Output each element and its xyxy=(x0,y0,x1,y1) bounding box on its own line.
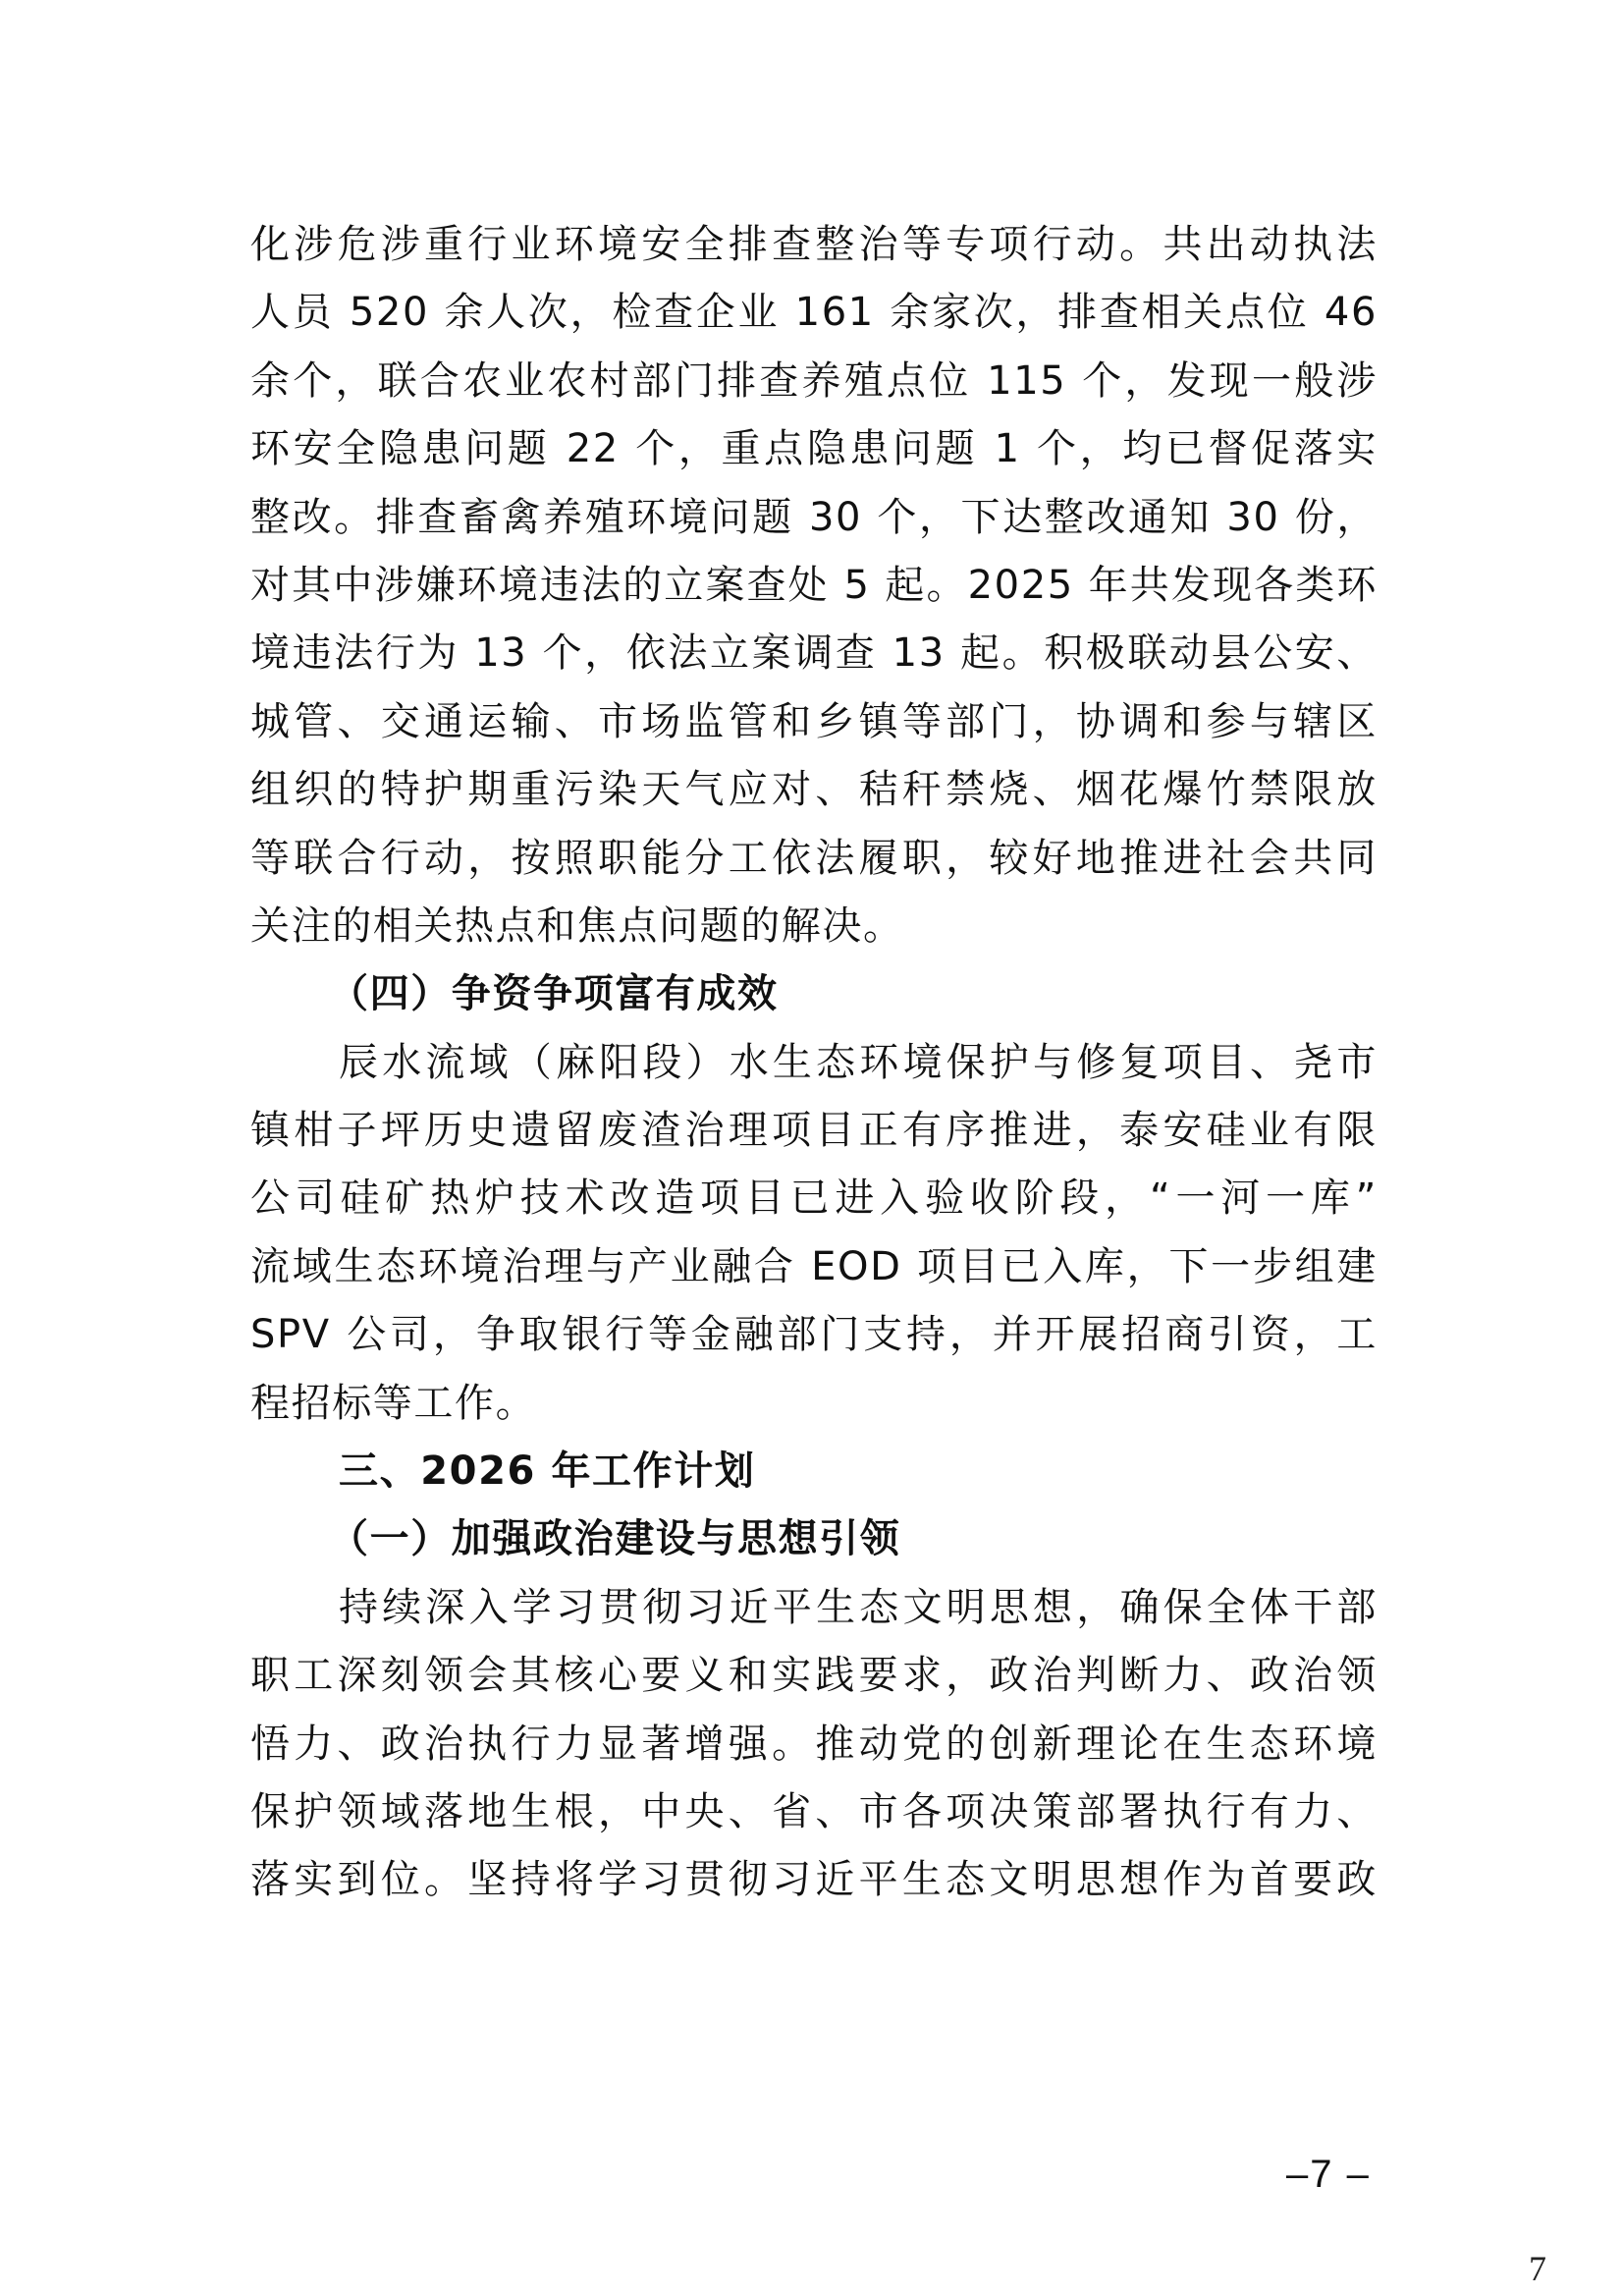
part-heading-three: 三、2026 年工作计划 xyxy=(250,1438,1378,1505)
text-line: 化涉危涉重行业环境安全排查整治等专项行动。共出动执法 xyxy=(250,211,1378,279)
paragraph-enforcement: 化涉危涉重行业环境安全排查整治等专项行动。共出动执法 人员 520 余人次，检查… xyxy=(250,211,1378,960)
text-line: 对其中涉嫌环境违法的立案查处 5 起。2025 年共发现各类环 xyxy=(250,552,1378,620)
section-heading-four: （四）争资争项富有成效 xyxy=(250,960,1378,1028)
text-line: 人员 520 余人次，检查企业 161 余家次，排查相关点位 46 xyxy=(250,279,1378,347)
paragraph-political-building: 持续深入学习贯彻习近平生态文明思想，确保全体干部 职工深刻领会其核心要义和实践要… xyxy=(250,1574,1378,1915)
document-page: 化涉危涉重行业环境安全排查整治等专项行动。共出动执法 人员 520 余人次，检查… xyxy=(0,0,1622,2296)
text-line: 辰水流域（麻阳段）水生态环境保护与修复项目、尧市 xyxy=(250,1029,1378,1097)
text-line: 城管、交通运输、市场监管和乡镇等部门，协调和参与辖区 xyxy=(250,688,1378,756)
text-line: 公司硅矿热炉技术改造项目已进入验收阶段，“一河一库” xyxy=(250,1165,1378,1232)
body-text: 化涉危涉重行业环境安全排查整治等专项行动。共出动执法 人员 520 余人次，检查… xyxy=(250,211,1378,1915)
text-line: 职工深刻领会其核心要义和实践要求，政治判断力、政治领 xyxy=(250,1642,1378,1710)
text-line: 环安全隐患问题 22 个，重点隐患问题 1 个，均已督促落实 xyxy=(250,415,1378,483)
text-line: 境违法行为 13 个，依法立案调查 13 起。积极联动县公安、 xyxy=(250,620,1378,687)
text-line: 保护领域落地生根，中央、省、市各项决策部署执行有力、 xyxy=(250,1778,1378,1846)
text-line: 关注的相关热点和焦点问题的解决。 xyxy=(250,893,1378,960)
paragraph-funding-projects: 辰水流域（麻阳段）水生态环境保护与修复项目、尧市 镇柑子坪历史遗留废渣治理项目正… xyxy=(250,1029,1378,1438)
text-line: 程招标等工作。 xyxy=(250,1370,1378,1438)
text-line: 镇柑子坪历史遗留废渣治理项目正有序推进，泰安硅业有限 xyxy=(250,1097,1378,1165)
text-line: SPV 公司，争取银行等金融部门支持，并开展招商引资，工 xyxy=(250,1301,1378,1369)
text-line: 流域生态环境治理与产业融合 EOD 项目已入库，下一步组建 xyxy=(250,1233,1378,1301)
text-line: 悟力、政治执行力显著增强。推动党的创新理论在生态环境 xyxy=(250,1711,1378,1778)
text-line: 持续深入学习贯彻习近平生态文明思想，确保全体干部 xyxy=(250,1574,1378,1642)
text-line: 落实到位。坚持将学习贯彻习近平生态文明思想作为首要政 xyxy=(250,1846,1378,1914)
text-line: 整改。排查畜禽养殖环境问题 30 个，下达整改通知 30 份， xyxy=(250,484,1378,552)
page-number: –7 – xyxy=(1286,2151,1371,2198)
text-line: 余个，联合农业农村部门排查养殖点位 115 个，发现一般涉 xyxy=(250,348,1378,415)
text-line: 组织的特护期重污染天气应对、秸秆禁烧、烟花爆竹禁限放 xyxy=(250,756,1378,824)
section-heading-one: （一）加强政治建设与思想引领 xyxy=(250,1505,1378,1573)
text-line: 等联合行动，按照职能分工依法履职，较好地推进社会共同 xyxy=(250,825,1378,893)
sheet-number: 7 xyxy=(1529,2249,1546,2288)
